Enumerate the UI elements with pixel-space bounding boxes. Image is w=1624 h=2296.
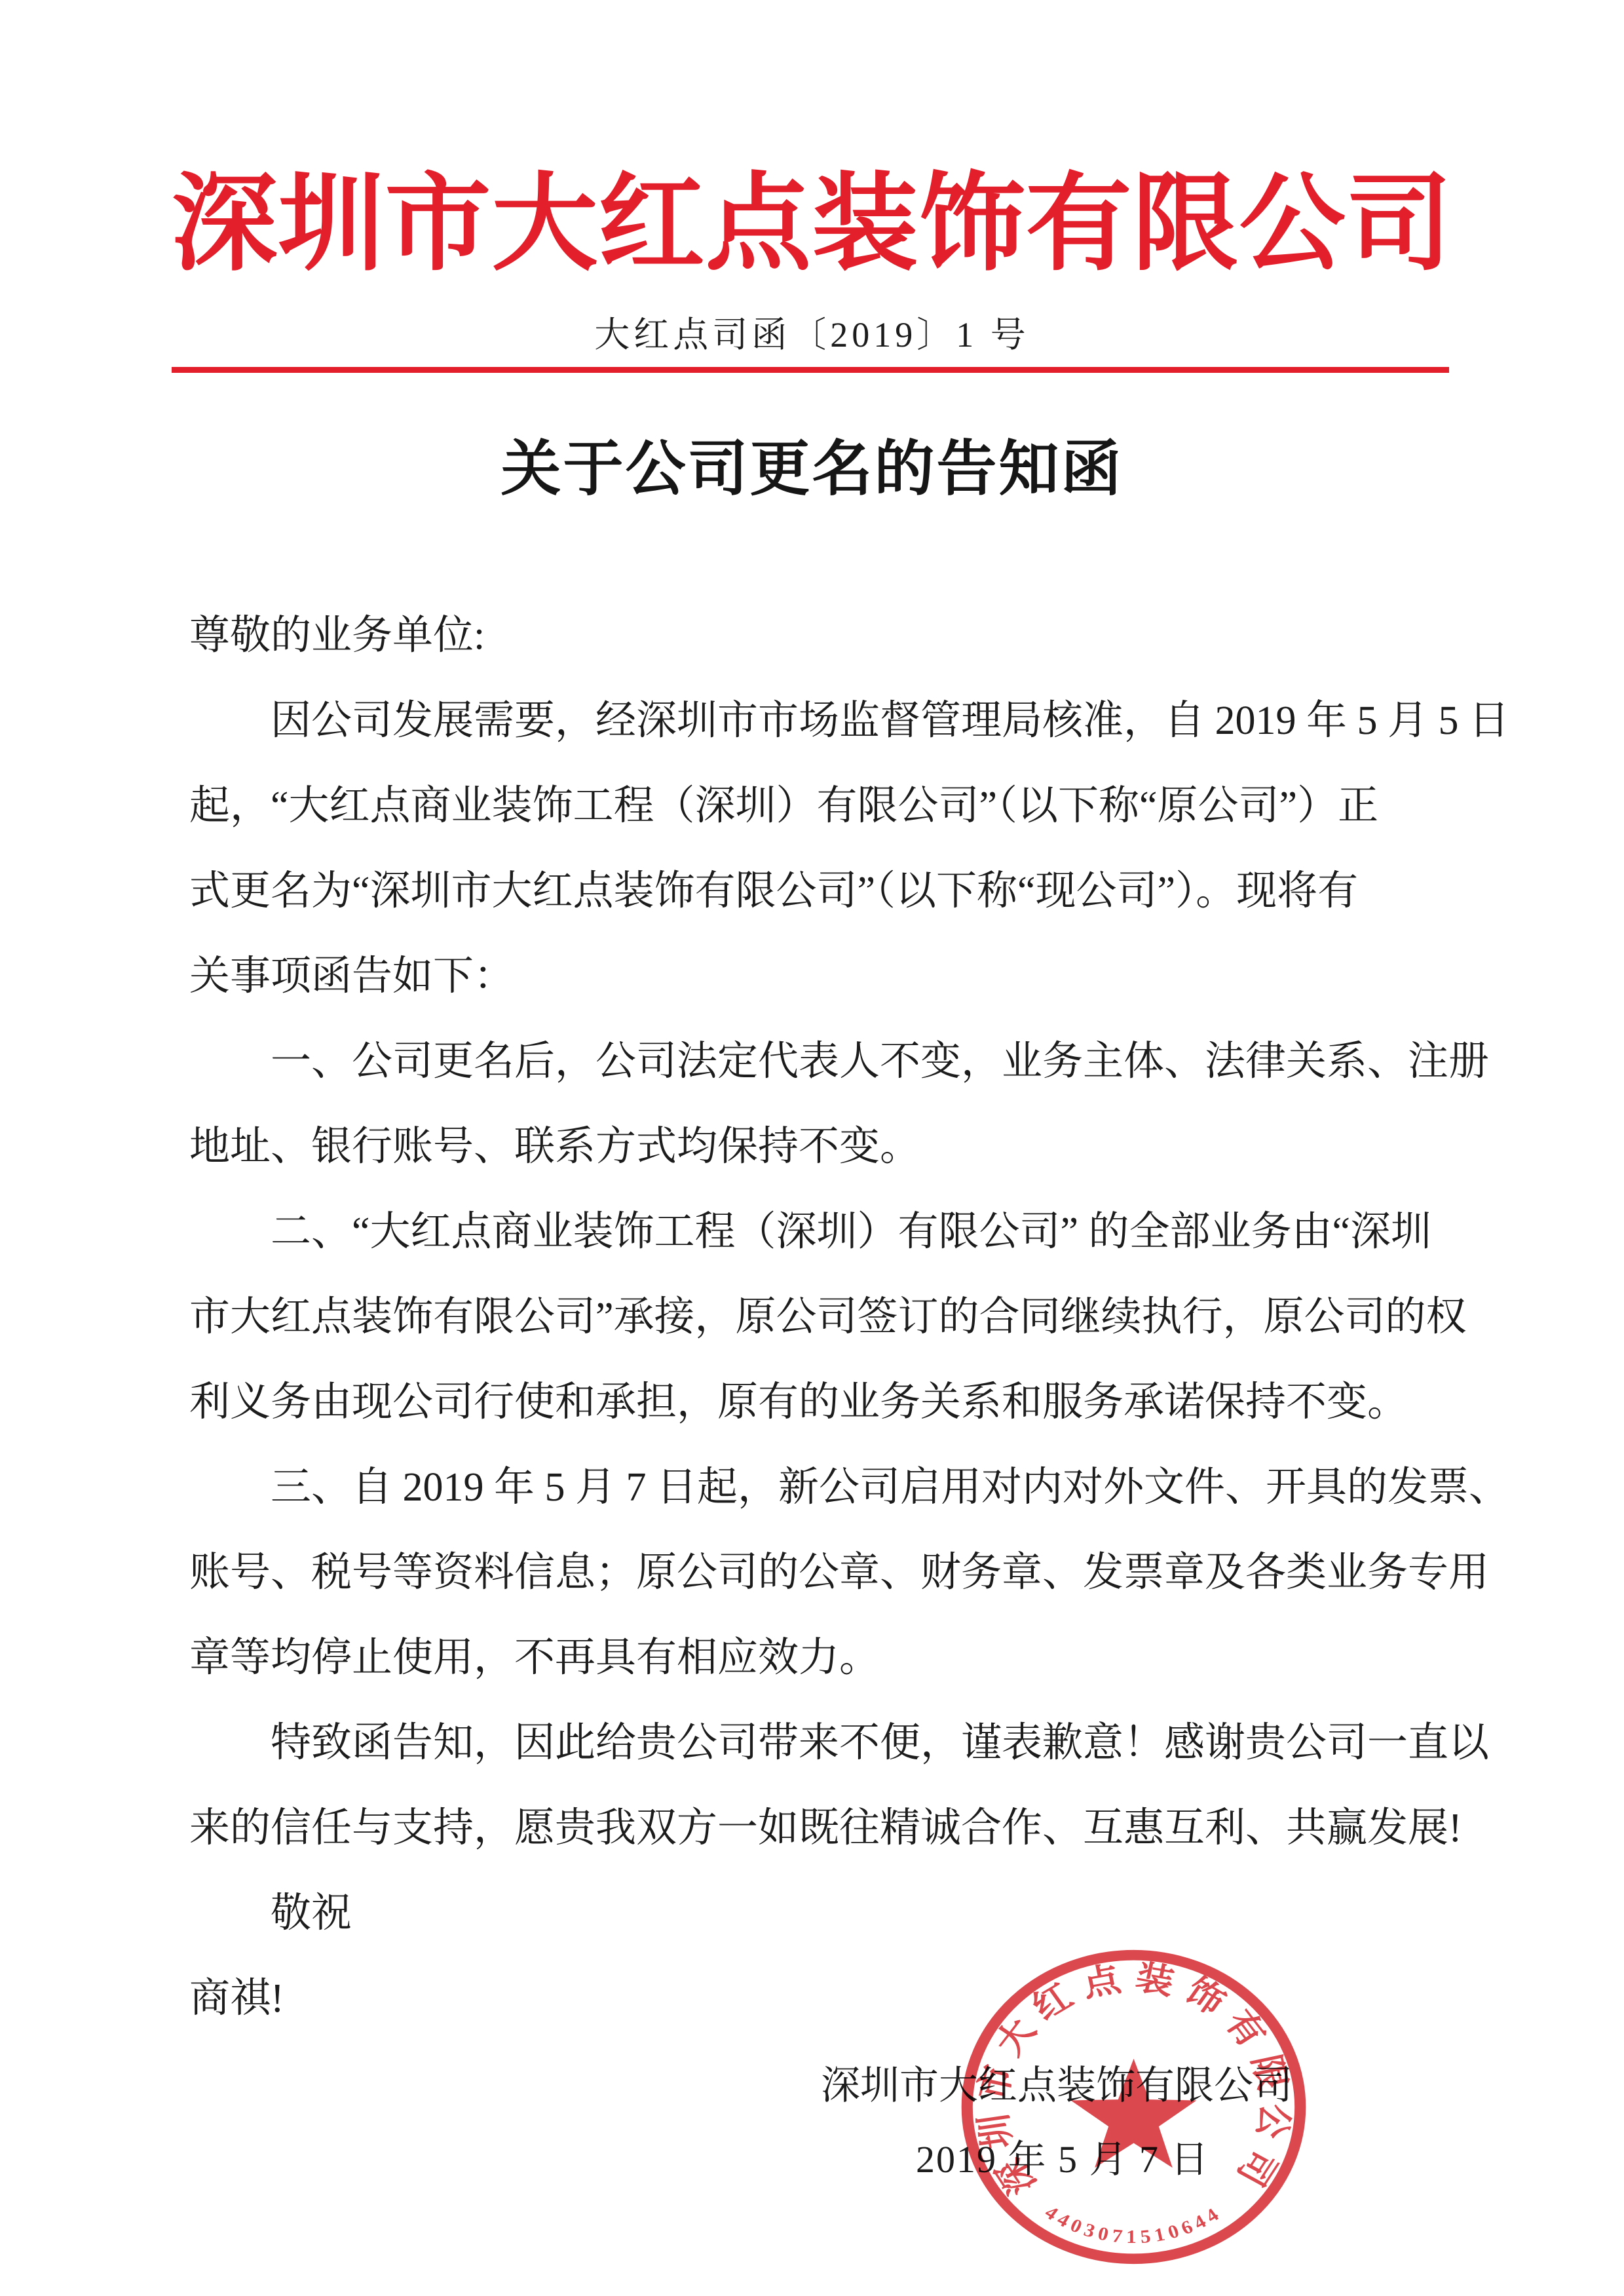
body-line: 三、自 2019 年 5 月 7 日起，新公司启用对内对外文件、开具的发票、 — [189, 1445, 1441, 1530]
document-number: 大红点司函〔2019〕1 号 — [0, 307, 1624, 357]
seal-serial-number: 4403071510644 — [1041, 2202, 1227, 2248]
body-paragraphs: 因公司发展需要，经深圳市市场监督管理局核准，自 2019 年 5 月 5 日起，… — [189, 678, 1441, 2041]
letter-page: 深圳市大红点装饰有限公司 大红点司函〔2019〕1 号 关于公司更名的告知函 尊… — [0, 0, 1624, 2296]
body-line: 市大红点装饰有限公司”承接，原公司签订的合同继续执行，原公司的权 — [189, 1274, 1441, 1360]
company-seal-stamp: 深圳市大红点装饰有限公司 4403071510644 — [949, 1938, 1319, 2276]
body-line: 起，“大红点商业装饰工程（深圳）有限公司”（以下称“原公司”）正 — [189, 763, 1441, 849]
letter-title: 关于公司更名的告知函 — [0, 421, 1624, 507]
seal-star-icon — [1071, 2059, 1197, 2168]
body-line: 利义务由现公司行使和承担，原有的业务关系和服务承诺保持不变。 — [189, 1360, 1441, 1445]
letter-body: 尊敬的业务单位: 因公司发展需要，经深圳市市场监督管理局核准，自 2019 年 … — [189, 593, 1441, 2041]
letterhead-divider-rule — [172, 367, 1449, 373]
body-line: 账号、税号等资料信息；原公司的公章、财务章、发票章及各类业务专用 — [189, 1530, 1441, 1615]
body-line: 章等均停止使用，不再具有相应效力。 — [189, 1615, 1441, 1700]
svg-text:4403071510644: 4403071510644 — [1041, 2202, 1227, 2248]
body-line: 一、公司更名后，公司法定代表人不变，业务主体、法律关系、注册 — [189, 1019, 1441, 1104]
body-line: 关事项函告如下： — [189, 934, 1441, 1019]
body-line: 地址、银行账号、联系方式均保持不变。 — [189, 1104, 1441, 1189]
letterhead-company-title: 深圳市大红点装饰有限公司 — [0, 139, 1624, 291]
body-line: 特致函告知，因此给贵公司带来不便，谨表歉意！感谢贵公司一直以 — [189, 1700, 1441, 1786]
body-line: 二、“大红点商业装饰工程（深圳）有限公司” 的全部业务由“深圳 — [189, 1189, 1441, 1274]
body-line: 因公司发展需要，经深圳市市场监督管理局核准，自 2019 年 5 月 5 日 — [189, 678, 1441, 763]
salutation: 尊敬的业务单位: — [189, 593, 1441, 678]
body-line: 式更名为“深圳市大红点装饰有限公司”（以下称“现公司”）。现将有 — [189, 849, 1441, 934]
body-line: 来的信任与支持，愿贵我双方一如既往精诚合作、互惠互利、共赢发展! — [189, 1786, 1441, 1871]
